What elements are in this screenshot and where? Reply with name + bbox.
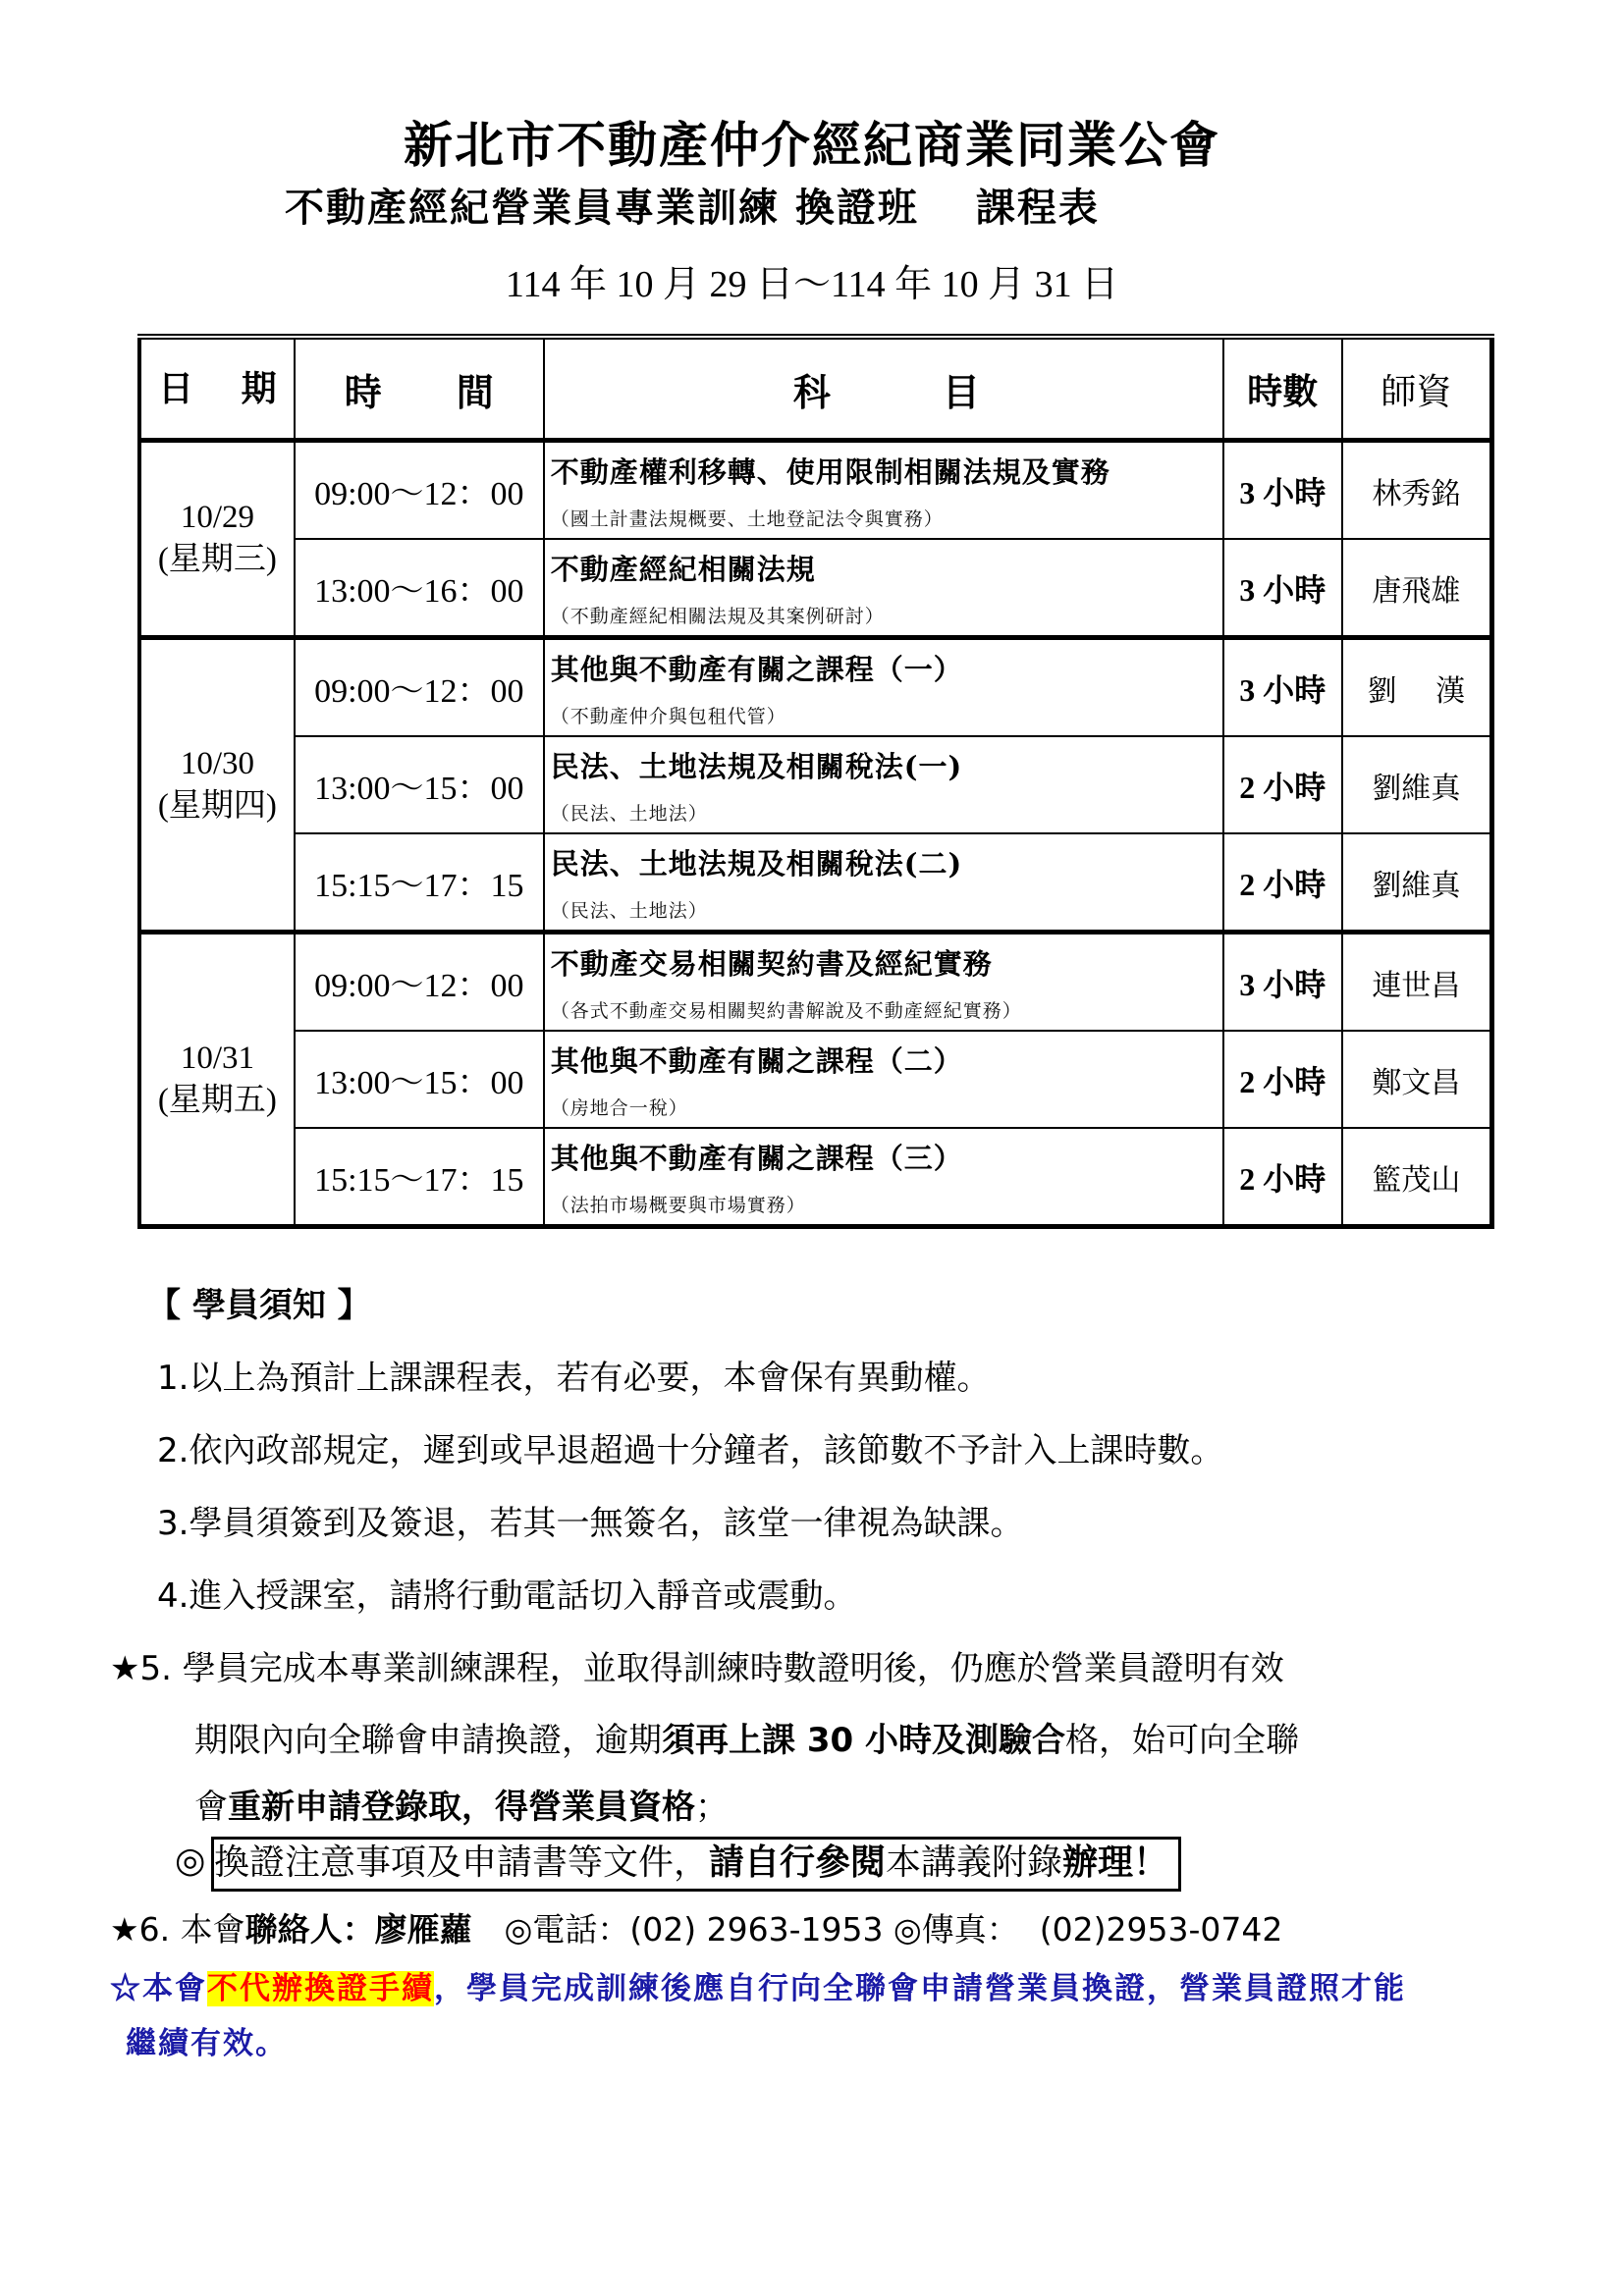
subject-cell: 其他與不動產有關之課程（二） （房地合一稅） xyxy=(544,1031,1223,1128)
subject-title: 不動產權利移轉、使用限制相關法規及實務 xyxy=(551,451,1222,491)
subject-title: 其他與不動產有關之課程（三） xyxy=(551,1137,1222,1177)
hours-cell: 3 小時 xyxy=(1223,539,1342,638)
star-icon: ★6. xyxy=(110,1910,170,1949)
subject-cell: 民法、土地法規及相關稅法(一) （民法、土地法） xyxy=(544,736,1223,833)
date-range: 114 年 10 月 29 日～114 年 10 月 31 日 xyxy=(0,253,1624,307)
teacher-cell: 劉維真 xyxy=(1342,833,1492,933)
item5-text: 會 xyxy=(194,1788,228,1827)
subject-cell: 不動產交易相關契約書及經紀實務 （各式不動產交易相關契約書解說及不動產經紀實務） xyxy=(544,933,1223,1032)
teacher-cell: 劉 漢 xyxy=(1342,638,1492,737)
notice-heading: 【 學員須知 】 xyxy=(147,1278,371,1326)
item5-text: 學員完成本專業訓練課程，並取得訓練時數證明後，仍應於營業員證明有效 xyxy=(172,1649,1284,1688)
subject-detail: （國土計畫法規概要、土地登記法令與實務） xyxy=(551,505,1222,531)
notice-item-4: 4.進入授課室，請將行動電話切入靜音或震動。 xyxy=(157,1569,856,1617)
col-header-date: 日 期 xyxy=(139,337,295,441)
subject-title: 其他與不動產有關之課程（二） xyxy=(551,1040,1222,1080)
notice-item-6: ★6. 本會聯絡人：廖雁蘿 ◎電話：(02) 2963-1953 ◎傳真： (0… xyxy=(110,1904,1282,1950)
subject-title: 其他與不動產有關之課程（一） xyxy=(551,648,1222,688)
date-label: 10/30 xyxy=(181,746,254,781)
warning-text: ，學員完成訓練後應自行向全聯會申請營業員換證，營業員證照才能 xyxy=(434,1971,1406,2006)
table-row: 13:00～15：00 其他與不動產有關之課程（二） （房地合一稅） 2 小時 … xyxy=(139,1031,1492,1128)
time-cell: 09:00～12：00 xyxy=(295,638,544,737)
subject-cell: 不動產經紀相關法規 （不動產經紀相關法規及其案例研討） xyxy=(544,539,1223,638)
subject-title: 民法、土地法規及相關稅法(一) xyxy=(551,745,1222,785)
table-row: 10/29 (星期三) 09:00～12：00 不動產權利移轉、使用限制相關法規… xyxy=(139,441,1492,540)
box-text: 換證注意事項及申請書等文件， xyxy=(214,1842,709,1883)
course-title: 不動產經紀營業員專業訓練 換證班 課程表 xyxy=(285,177,1100,233)
org-title: 新北市不動產仲介經紀商業同業公會 xyxy=(0,106,1624,177)
contact-person: 聯絡人：廖雁蘿 xyxy=(245,1910,472,1949)
item5-bold-text: 重新申請登錄取，得營業員資格 xyxy=(228,1788,695,1827)
col-header-subject: 科 目 xyxy=(544,337,1223,441)
table-row: 13:00～15：00 民法、土地法規及相關稅法(一) （民法、土地法） 2 小… xyxy=(139,736,1492,833)
subject-detail: （不動產仲介與包租代管） xyxy=(551,702,1222,728)
weekday-label: (星期三) xyxy=(158,542,277,577)
schedule-table: 日 期 時 間 科 目 時數 師資 10/29 (星期三) 09:00～12：0… xyxy=(137,334,1494,1229)
day-cell: 10/30 (星期四) xyxy=(139,638,295,933)
hours-cell: 3 小時 xyxy=(1223,638,1342,737)
notice-item-2: 2.依內政部規定，遲到或早退超過十分鐘者，該節數不予計入上課時數。 xyxy=(157,1423,1223,1471)
time-cell: 13:00～16：00 xyxy=(295,539,544,638)
subject-cell: 不動產權利移轉、使用限制相關法規及實務 （國土計畫法規概要、土地登記法令與實務） xyxy=(544,441,1223,540)
subject-cell: 其他與不動產有關之課程（一） （不動產仲介與包租代管） xyxy=(544,638,1223,737)
date-label: 10/29 xyxy=(181,500,254,535)
time-cell: 09:00～12：00 xyxy=(295,441,544,540)
item5-bold-text: 須再上課 30 小時及測驗合 xyxy=(662,1721,1065,1760)
col-header-hours: 時數 xyxy=(1223,337,1342,441)
col-header-teacher: 師資 xyxy=(1342,337,1492,441)
contact-fax: ◎傳真： (02)2953-0742 xyxy=(883,1910,1282,1949)
teacher-cell: 籃茂山 xyxy=(1342,1128,1492,1227)
box-bold-text: 辦理！ xyxy=(1062,1842,1168,1883)
weekday-label: (星期四) xyxy=(158,788,277,824)
star-icon: ★5. xyxy=(110,1649,172,1688)
item5-text: 期限內向全聯會申請換證，逾期 xyxy=(194,1721,662,1760)
subject-detail: （不動產經紀相關法規及其案例研討） xyxy=(551,602,1222,628)
table-row: 15:15～17：15 其他與不動產有關之課程（三） （法拍市場概要與市場實務）… xyxy=(139,1128,1492,1227)
notice-item-3: 3.學員須簽到及簽退，若其一無簽名，該堂一律視為缺課。 xyxy=(157,1496,1023,1544)
day-cell: 10/29 (星期三) xyxy=(139,441,295,638)
col-header-time: 時 間 xyxy=(295,337,544,441)
hours-cell: 2 小時 xyxy=(1223,1128,1342,1227)
subject-cell: 民法、土地法規及相關稅法(二) （民法、土地法） xyxy=(544,833,1223,933)
subject-detail: （房地合一稅） xyxy=(551,1094,1222,1120)
weekday-label: (星期五) xyxy=(158,1083,277,1118)
subject-detail: （法拍市場概要與市場實務） xyxy=(551,1191,1222,1217)
notice-item-5-line3: 會重新申請登錄取，得營業員資格； xyxy=(194,1780,729,1828)
item5-text: ； xyxy=(695,1788,729,1827)
date-label: 10/31 xyxy=(181,1041,254,1076)
contact-phone: ◎電話：(02) 2963-1953 xyxy=(472,1910,884,1949)
subject-title: 不動產經紀相關法規 xyxy=(551,548,1222,588)
table-header-row: 日 期 時 間 科 目 時數 師資 xyxy=(139,337,1492,441)
notice-item-1: 1.以上為預計上課課程表，若有必要，本會保有異動權。 xyxy=(157,1351,990,1399)
hours-cell: 2 小時 xyxy=(1223,736,1342,833)
time-cell: 09:00～12：00 xyxy=(295,933,544,1032)
table-row: 13:00～16：00 不動產經紀相關法規 （不動產經紀相關法規及其案例研討） … xyxy=(139,539,1492,638)
table-row: 15:15～17：15 民法、土地法規及相關稅法(二) （民法、土地法） 2 小… xyxy=(139,833,1492,933)
item5-text: 格，始可向全聯 xyxy=(1065,1721,1299,1760)
notice-item-5-line1: ★5. 學員完成本專業訓練課程，並取得訓練時數證明後，仍應於營業員證明有效 xyxy=(110,1641,1284,1689)
item6-text: 本會 xyxy=(170,1910,245,1949)
teacher-cell: 唐飛雄 xyxy=(1342,539,1492,638)
time-cell: 15:15～17：15 xyxy=(295,1128,544,1227)
subject-title: 不動產交易相關契約書及經紀實務 xyxy=(551,942,1222,983)
subject-detail: （民法、土地法） xyxy=(551,799,1222,826)
time-cell: 13:00～15：00 xyxy=(295,736,544,833)
box-bold-text: 請自行參閱 xyxy=(709,1842,886,1883)
hours-cell: 2 小時 xyxy=(1223,833,1342,933)
hours-cell: 2 小時 xyxy=(1223,1031,1342,1128)
notice-item-5-line2: 期限內向全聯會申請換證，逾期須再上課 30 小時及測驗合格，始可向全聯 xyxy=(194,1713,1299,1761)
hours-cell: 3 小時 xyxy=(1223,933,1342,1032)
subject-detail: （各式不動產交易相關契約書解說及不動產經紀實務） xyxy=(551,996,1222,1023)
subject-detail: （民法、土地法） xyxy=(551,896,1222,923)
teacher-cell: 鄭文昌 xyxy=(1342,1031,1492,1128)
double-circle-icon: ◎ xyxy=(175,1838,205,1885)
teacher-cell: 連世昌 xyxy=(1342,933,1492,1032)
teacher-cell: 劉維真 xyxy=(1342,736,1492,833)
box-text: 本講義附錄 xyxy=(886,1842,1062,1883)
table-row: 10/30 (星期四) 09:00～12：00 其他與不動產有關之課程（一） （… xyxy=(139,638,1492,737)
day-cell: 10/31 (星期五) xyxy=(139,933,295,1227)
warning-line-2: 繼續有效。 xyxy=(126,2018,288,2062)
table-row: 10/31 (星期五) 09:00～12：00 不動產交易相關契約書及經紀實務 … xyxy=(139,933,1492,1032)
warning-line-1: ☆本會不代辦換證手續，學員完成訓練後應自行向全聯會申請營業員換證，營業員證照才能 xyxy=(110,1963,1406,2007)
time-cell: 13:00～15：00 xyxy=(295,1031,544,1128)
subject-cell: 其他與不動產有關之課程（三） （法拍市場概要與市場實務） xyxy=(544,1128,1223,1227)
teacher-cell: 林秀銘 xyxy=(1342,441,1492,540)
renewal-notice-box: 換證注意事項及申請書等文件，請自行參閱本講義附錄辦理！ xyxy=(211,1837,1181,1892)
warning-text: ☆本會 xyxy=(110,1971,207,2006)
hours-cell: 3 小時 xyxy=(1223,441,1342,540)
subject-title: 民法、土地法規及相關稅法(二) xyxy=(551,842,1222,882)
time-cell: 15:15～17：15 xyxy=(295,833,544,933)
warning-highlight: 不代辦換證手續 xyxy=(207,1971,434,2006)
